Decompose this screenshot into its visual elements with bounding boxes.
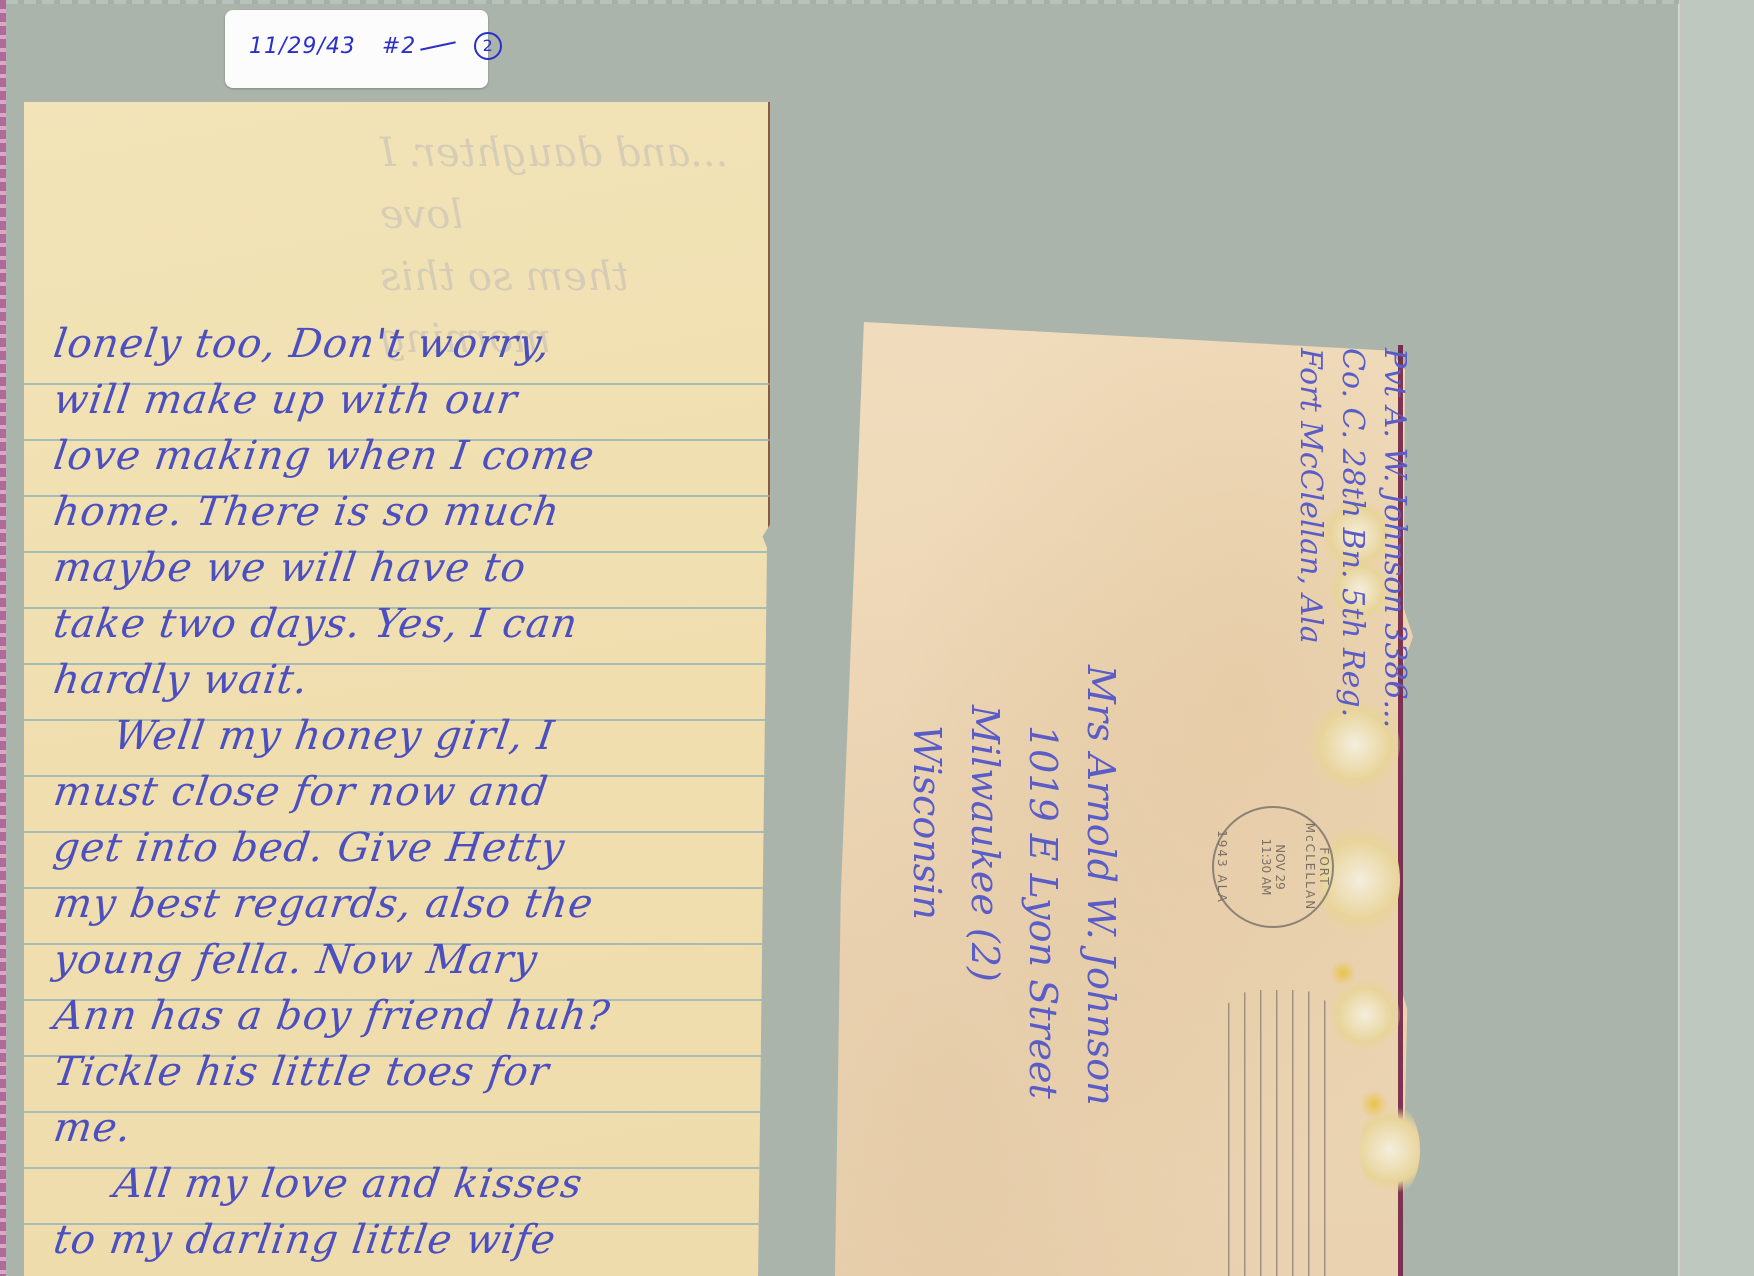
postmark-stamp: NOV 29 11:30 AM FORT McCLELLAN 1943 ALA <box>1212 806 1334 928</box>
recipient-address: Mrs Arnold W. Johnson 1019 E Lyon Street… <box>898 665 1130 1106</box>
recipient-address-line: Milwaukee (2) <box>956 665 1014 1106</box>
letter-line: take two days. Yes, I can <box>50 596 758 652</box>
return-address-line: Fort McClellan, Ala <box>1289 348 1331 728</box>
letter-line: love making when I come <box>50 428 758 484</box>
label-item-number: #2 <box>382 34 416 59</box>
label-dash <box>420 41 456 50</box>
letter-line: young fella. Now Mary <box>50 932 758 988</box>
archive-label-card: 11/29/43 #2 2 <box>225 10 488 88</box>
postmark-year: 1943 <box>1215 830 1229 869</box>
postmark-state: ALA <box>1215 874 1229 903</box>
postmark-city: FORT McCLELLAN <box>1303 808 1331 926</box>
cancellation-wavy-lines <box>1218 990 1338 1276</box>
recipient-address-line: Mrs Arnold W. Johnson <box>1072 665 1130 1106</box>
return-address-line: Co. C. 28th Bn. 5th Reg. <box>1331 348 1373 728</box>
page-number-circle: 2 <box>474 32 502 60</box>
letter-body: lonely too, Don't worry, will make up wi… <box>54 324 754 1276</box>
label-date: 11/29/43 <box>249 34 356 59</box>
recipient-address-line: 1019 E Lyon Street <box>1014 665 1072 1106</box>
bleed-through-text: ...and daughter. I love them so this mor… <box>380 122 740 322</box>
letter-line: hardly wait. <box>50 652 758 708</box>
letter-line: get into bed. Give Hetty <box>50 820 758 876</box>
letter-line: lonely too, Don't worry, <box>50 316 758 372</box>
sleeve-top-edge <box>6 0 1679 4</box>
letter-line: home. There is so much <box>50 484 758 540</box>
label-text: 11/29/43 #2 2 <box>249 32 502 60</box>
return-address: Pvt A. W. Johnson 3386... Co. C. 28th Bn… <box>1289 348 1415 728</box>
postmark-bottom: 1943 ALA <box>1215 808 1229 926</box>
letter-page: ...and daughter. I love them so this mor… <box>24 102 770 1276</box>
letter-line: Tickle his little toes for <box>50 1044 758 1100</box>
return-address-line: Pvt A. W. Johnson 3386... <box>1373 348 1415 728</box>
postmark-date: NOV 29 11:30 AM <box>1259 839 1287 896</box>
letter-line: my best regards, also the <box>50 876 758 932</box>
postmark-time: 11:30 AM <box>1259 839 1273 896</box>
recipient-address-line: Wisconsin <box>898 665 956 1106</box>
letter-line: Ann has a boy friend huh? <box>50 988 758 1044</box>
letter-line: will make up with our <box>50 372 758 428</box>
sleeve-right-margin <box>1681 0 1754 1276</box>
postmark-day: NOV 29 <box>1273 839 1287 896</box>
sleeve-edge <box>1678 0 1681 1276</box>
letter-line: All my love and kisses <box>50 1156 758 1212</box>
paper-tear <box>1330 980 1400 1050</box>
ghost-line: ...and daughter. I love <box>380 122 740 246</box>
letter-line: to my darling little wife <box>50 1212 758 1268</box>
glue-stain <box>1330 960 1356 986</box>
letter-line: me. <box>50 1100 758 1156</box>
letter-line: must close for now and <box>50 764 758 820</box>
letter-line: maybe we will have to <box>50 540 758 596</box>
glue-stain <box>1360 1090 1388 1118</box>
binder-perforation-strip <box>0 0 6 1276</box>
letter-line: Well my honey girl, I <box>50 708 758 764</box>
